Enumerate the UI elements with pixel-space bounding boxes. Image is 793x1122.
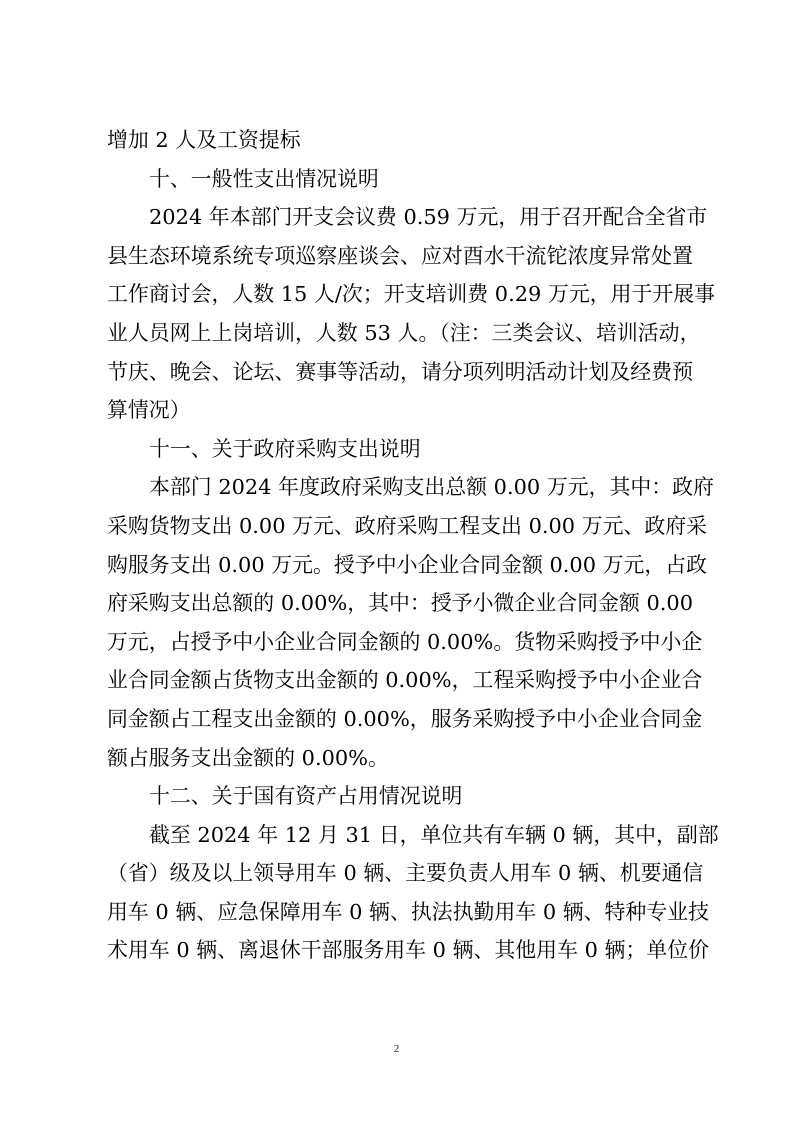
text-line: 工作商讨会，人数 15 人/次；开支培训费 0.29 万元，用于开展事 (107, 275, 693, 314)
text-line: 增加 2 人及工资提标 (107, 121, 693, 160)
document-body: 增加 2 人及工资提标 十、一般性支出情况说明 2024 年本部门开支会议费 0… (107, 121, 693, 970)
text-line: 用车 0 辆、应急保障用车 0 辆、执法执勤用车 0 辆、特种专业技 (107, 893, 693, 932)
text-line: 同金额占工程支出金额的 0.00%，服务采购授予中小企业合同金 (107, 700, 693, 739)
text-line: 术用车 0 辆、离退休干部服务用车 0 辆、其他用车 0 辆；单位价 (107, 931, 693, 970)
text-line: 业人员网上上岗培训，人数 53 人。（注：三类会议、培训活动， (107, 314, 693, 353)
text-line: 县生态环境系统专项巡察座谈会、应对酉水干流铊浓度异常处置 (107, 237, 693, 276)
section-heading-10: 十、一般性支出情况说明 (107, 160, 693, 199)
text-line: 购服务支出 0.00 万元。授予中小企业合同金额 0.00 万元，占政 (107, 546, 693, 585)
page-number: 2 (0, 1043, 793, 1055)
text-line: 算情况） (107, 391, 693, 430)
text-line: 截至 2024 年 12 月 31 日，单位共有车辆 0 辆，其中，副部 (107, 816, 693, 855)
section-heading-12: 十二、关于国有资产占用情况说明 (107, 777, 693, 816)
text-line: 万元，占授予中小企业合同金额的 0.00%。货物采购授予中小企 (107, 623, 693, 662)
text-line: 额占服务支出金额的 0.00%。 (107, 739, 693, 778)
text-line: 本部门 2024 年度政府采购支出总额 0.00 万元，其中：政府 (107, 468, 693, 507)
text-line: 采购货物支出 0.00 万元、政府采购工程支出 0.00 万元、政府采 (107, 507, 693, 546)
text-line: 府采购支出总额的 0.00%，其中：授予小微企业合同金额 0.00 (107, 584, 693, 623)
text-line: 2024 年本部门开支会议费 0.59 万元，用于召开配合全省市 (107, 198, 693, 237)
text-line: （省）级及以上领导用车 0 辆、主要负责人用车 0 辆、机要通信 (107, 854, 693, 893)
section-heading-11: 十一、关于政府采购支出说明 (107, 430, 693, 469)
text-line: 业合同金额占货物支出金额的 0.00%，工程采购授予中小企业合 (107, 661, 693, 700)
text-line: 节庆、晚会、论坛、赛事等活动，请分项列明活动计划及经费预 (107, 353, 693, 392)
